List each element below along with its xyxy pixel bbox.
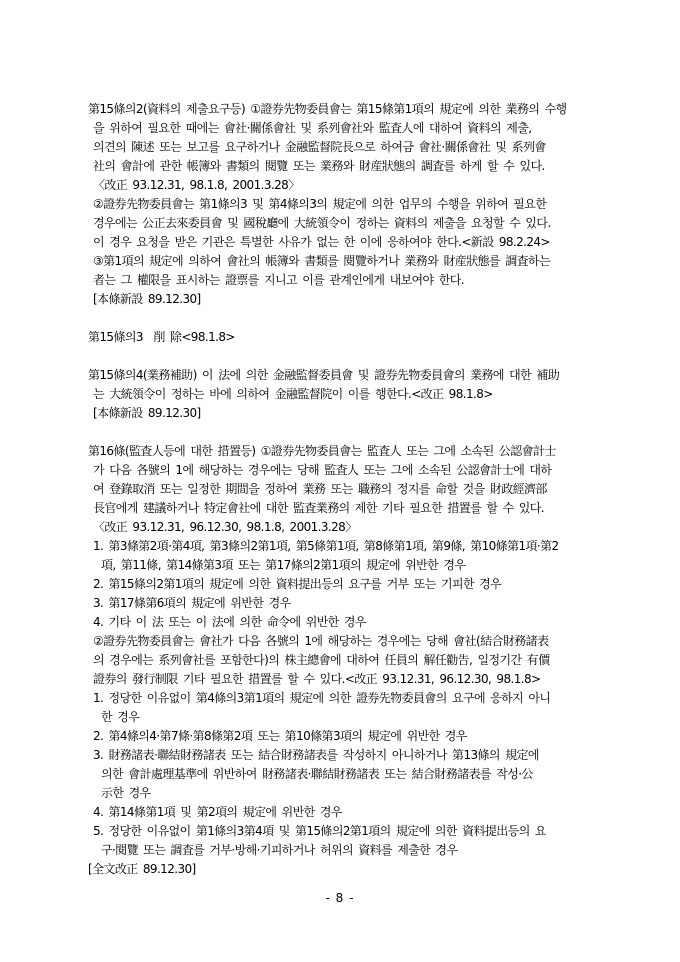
document-body: 第15條의2(資料의 제출요구등) ①證券先物委員會는 第15條第1項의 規定에… bbox=[88, 100, 590, 898]
text-line: 2. 第15條의2第1項의 規定에 의한 資料提出등의 요구를 거부 또는 기피… bbox=[88, 575, 590, 594]
article-15-2: 第15條의2(資料의 제출요구등) ①證券先物委員會는 第15條第1項의 規定에… bbox=[88, 100, 590, 309]
text-line: 을 위하여 필요한 때에는 會社·關係會社 및 系列會社와 監査人에 대하여 資… bbox=[88, 119, 590, 138]
text-line: 第15條의4(業務補助) 이 法에 의한 金融監督委員會 및 證券先物委員會의 … bbox=[88, 366, 590, 385]
text-line: 項, 第11條, 第14條第3項 또는 第17條의2第1項의 規定에 위반한 경… bbox=[88, 556, 590, 575]
text-line: 는 大統領令이 정하는 바에 의하여 金融監督院이 이를 행한다.<改正 98.… bbox=[88, 385, 590, 404]
text-line: 3. 財務諸表·聯結財務諸表 또는 結合財務諸表를 작성하지 아니하거나 第13… bbox=[88, 746, 590, 765]
text-line: 여 登錄取消 또는 일정한 期間을 정하여 業務 또는 職務의 정지를 命할 것… bbox=[88, 480, 590, 499]
text-line: 長官에게 建議하거나 特定會社에 대한 監査業務의 제한 기타 필요한 措置를 … bbox=[88, 499, 590, 518]
text-line: 〈改正 93.12.31, 96.12.30, 98.1.8, 2001.3.2… bbox=[88, 518, 590, 537]
text-line: 3. 第17條第6項의 規定에 위반한 경우 bbox=[88, 594, 590, 613]
text-line: 4. 第14條第1項 및 第2項의 規定에 위반한 경우 bbox=[88, 803, 590, 822]
text-line: 者는 그 權限을 표시하는 證票를 지니고 이를 관계인에게 내보여야 한다. bbox=[88, 271, 590, 290]
text-line: 第15條의2(資料의 제출요구등) ①證券先物委員會는 第15條第1項의 規定에… bbox=[88, 100, 590, 119]
text-line: 경우에는 公正去來委員會 및 國稅廳에 大統領令이 정하는 資料의 제출을 요청… bbox=[88, 214, 590, 233]
text-line: ②證券先物委員會는 會社가 다음 各號의 1에 해당하는 경우에는 당해 會社(… bbox=[88, 632, 590, 651]
text-line: [本條新設 89.12.30] bbox=[88, 290, 590, 309]
text-line: 示한 경우 bbox=[88, 784, 590, 803]
text-line: 2. 第4條의4·第7條·第8條第2項 또는 第10條第3項의 規定에 위반한 … bbox=[88, 727, 590, 746]
text-line: ③第1項의 規定에 의하여 會社의 帳簿와 書類를 閱覽하거나 業務와 財産狀態… bbox=[88, 252, 590, 271]
text-line: 의 경우에는 系列會社를 포함한다)의 株主總會에 대하여 任員의 解任勸告, … bbox=[88, 651, 590, 670]
text-line: 가 다음 各號의 1에 해당하는 경우에는 당해 監査人 또는 그에 소속된 公… bbox=[88, 461, 590, 480]
text-line: 4. 기타 이 法 또는 이 法에 의한 命令에 위반한 경우 bbox=[88, 613, 590, 632]
text-line: 證券의 發行制限 기타 필요한 措置를 할 수 있다.<改正 93.12.31,… bbox=[88, 670, 590, 689]
text-line: 社의 會計에 관한 帳簿와 書類의 閱覽 또는 業務와 財産狀態의 調査를 하게… bbox=[88, 157, 590, 176]
text-line: [本條新設 89.12.30] bbox=[88, 404, 590, 423]
text-line: 의한 會計處理基準에 위반하여 財務諸表·聯結財務諸表 또는 結合財務諸表를 작… bbox=[88, 765, 590, 784]
text-line: 第16條(監査人등에 대한 措置등) ①證券先物委員會는 監査人 또는 그에 소… bbox=[88, 442, 590, 461]
text-line: [全文改正 89.12.30] bbox=[88, 860, 590, 879]
text-line: 〈改正 93.12.31, 98.1.8, 2001.3.28〉 bbox=[88, 176, 590, 195]
article-16: 第16條(監査人등에 대한 措置등) ①證券先物委員會는 監査人 또는 그에 소… bbox=[88, 442, 590, 879]
text-line: 구·閱覽 또는 調査를 거부·방해·기피하거나 허위의 資料를 제출한 경우 bbox=[88, 841, 590, 860]
text-line: 이 경우 요청을 받은 기관은 특별한 사유가 없는 한 이에 응하여야 한다.… bbox=[88, 233, 590, 252]
text-line: 1. 第3條第2項·第4項, 第3條의2第1項, 第5條第1項, 第8條第1項,… bbox=[88, 537, 590, 556]
text-line: 第15條의3 削 除<98.1.8> bbox=[88, 328, 590, 347]
text-line: 5. 정당한 이유없이 第1條의3第4項 및 第15條의2第1項의 規定에 의한… bbox=[88, 822, 590, 841]
text-line: 1. 정당한 이유없이 第4條의3第1項의 規定에 의한 證券先物委員會의 요구… bbox=[88, 689, 590, 708]
document-page: 第15條의2(資料의 제출요구등) ①證券先物委員會는 第15條第1項의 規定에… bbox=[0, 0, 680, 962]
text-line: 의견의 陳述 또는 보고를 요구하거나 金融監督院長으로 하여금 會社·關係會社… bbox=[88, 138, 590, 157]
text-line: 한 경우 bbox=[88, 708, 590, 727]
article-15-3: 第15條의3 削 除<98.1.8> bbox=[88, 328, 590, 347]
article-15-4: 第15條의4(業務補助) 이 法에 의한 金融監督委員會 및 證券先物委員會의 … bbox=[88, 366, 590, 423]
page-number: - 8 - bbox=[0, 889, 680, 908]
text-line: ②證券先物委員會는 第1條의3 및 第4條의3의 規定에 의한 업무의 수행을 … bbox=[88, 195, 590, 214]
